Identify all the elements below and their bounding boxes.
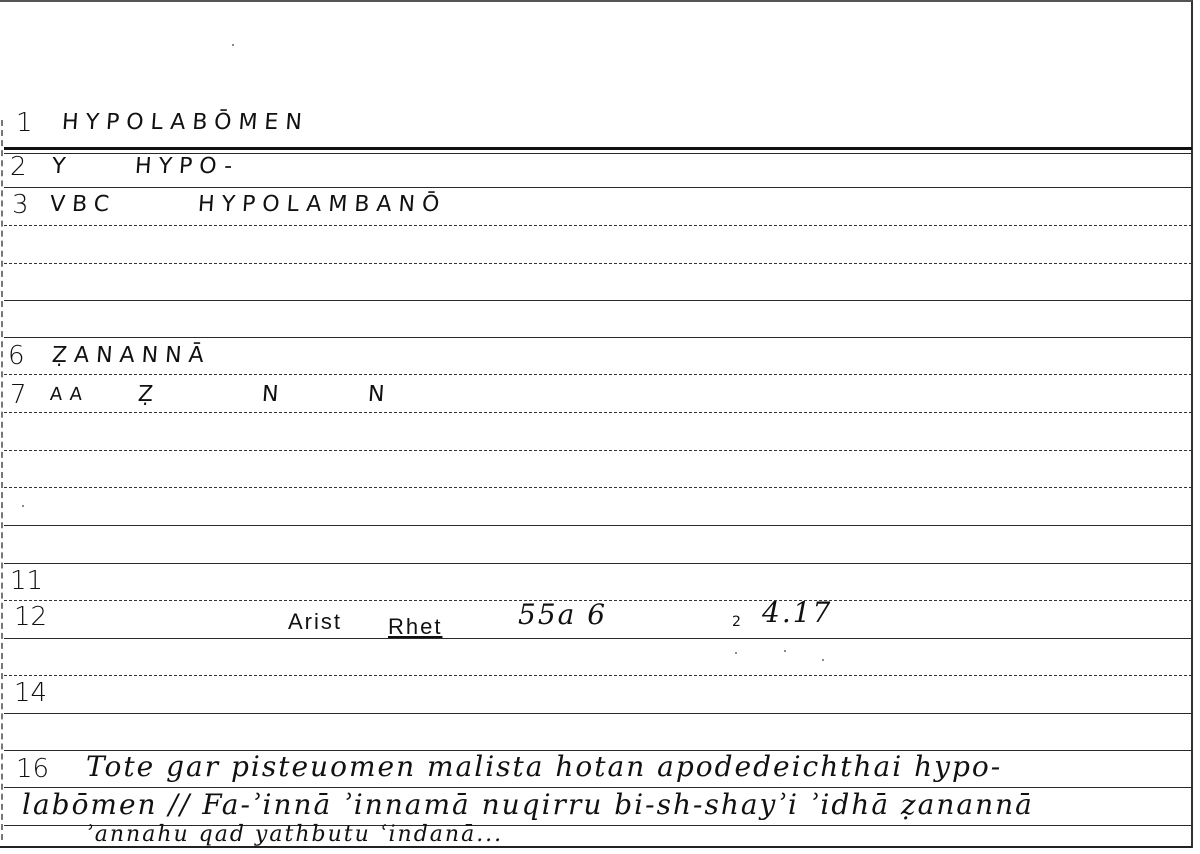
rule-line [4,713,1192,714]
rule-line [4,374,1192,375]
quote-line-2: labōmen // Fa-ʾinnā ʾinnamā nuqirru bi-s… [22,788,1034,821]
pattern-item: N [261,382,286,407]
line-number-7: 7 [10,380,27,410]
rule-line [4,263,1192,264]
small-mark: 2 [732,614,741,630]
root-line-2: Y [51,154,73,179]
quote-line-3: ʾannahu qad yathbutu ʿindanā... [86,822,503,847]
rule-line [4,337,1192,338]
rule-line [4,225,1192,226]
source-work: Rhet [388,614,442,640]
rule-line [4,300,1192,301]
card-left-edge [1,120,3,840]
rule-line [4,563,1192,564]
arabic-lemma-line-6: ẒANANNĀ [51,343,211,368]
scan-speck [784,650,786,652]
rule-line [4,638,1192,639]
scan-speck [22,505,24,507]
index-card: 1 HYPOLABŌMEN 2 Y HYPO- 3 VBC HYPOLAMBAN… [0,0,1193,848]
line-number-11: 11 [10,566,43,596]
pattern-item: AA [49,384,90,405]
line-number-14: 14 [14,678,47,708]
rule-line [4,487,1192,488]
rule-line [4,525,1192,526]
verb-line-3: HYPOLAMBANŌ [197,192,447,217]
line-number-3: 3 [12,190,29,220]
line-number-2: 2 [10,152,27,182]
scan-speck [822,659,824,661]
source-author: Arist [288,609,342,635]
quote-line-1: Tote gar pisteuomen malista hotan apoded… [86,750,1002,783]
lemma-line-1: HYPOLABŌMEN [61,110,309,135]
rule-line [4,675,1192,676]
line-number-12: 12 [14,602,47,632]
root-line-3: VBC [49,192,117,217]
rule-line [4,450,1192,451]
locator: 4.17 [762,596,832,629]
prefix-line-2: HYPO- [134,154,240,179]
rule-line [4,147,1192,150]
line-number-16: 16 [16,754,49,784]
source-reference: 55a 6 [518,598,607,631]
scan-speck [735,652,737,654]
rule-line [4,187,1192,188]
scan-speck [232,44,234,46]
pattern-item: Ẓ [137,382,161,407]
rule-line [4,412,1192,413]
line-number-6: 6 [8,341,25,371]
pattern-item: N [367,382,392,407]
line-number-1: 1 [16,108,33,138]
